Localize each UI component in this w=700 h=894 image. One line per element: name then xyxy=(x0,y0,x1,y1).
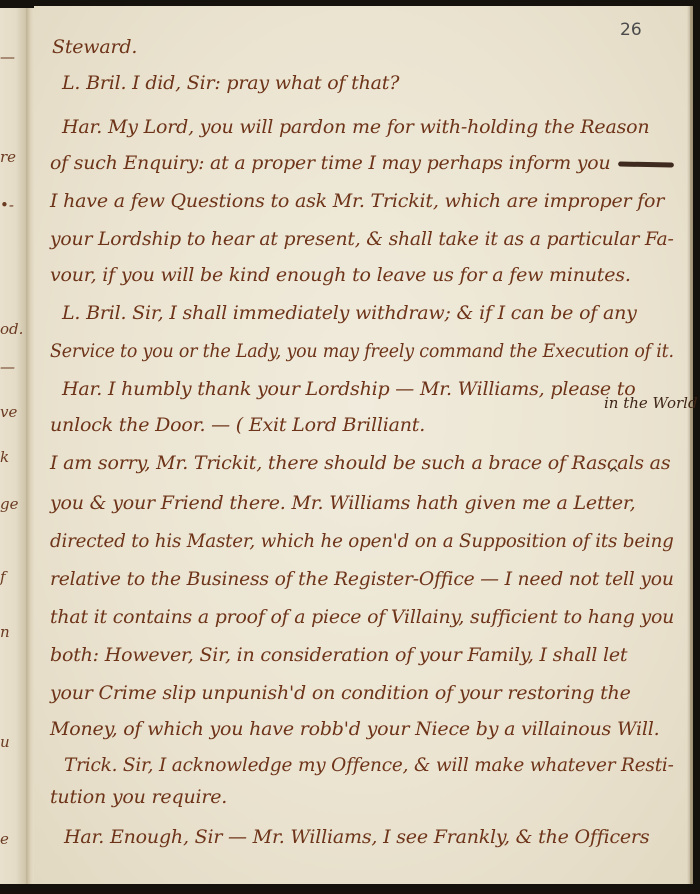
text-line: Service to you or the Lady, you may free… xyxy=(50,340,674,362)
page-number: 26 xyxy=(620,20,642,40)
manuscript-scan: — re •- od. — ve k ge f n u e 26 Steward… xyxy=(0,0,700,894)
text-line: Trick. Sir, I acknowledge my Offence, & … xyxy=(64,754,674,776)
interlinear-insertion: in the World xyxy=(604,394,698,412)
text-line: of such Enquiry: at a proper time I may … xyxy=(50,152,674,174)
text-line: Money, of which you have robb'd your Nie… xyxy=(50,718,659,740)
insertion-caret: ^ xyxy=(608,466,620,482)
text-line: L. Bril. Sir, I shall immediately withdr… xyxy=(62,302,637,324)
text-line: I am sorry, Mr. Trickit, there should be… xyxy=(50,452,670,474)
text-line: your Lordship to hear at present, & shal… xyxy=(50,228,674,250)
text-line: Har. My Lord, you will pardon me for wit… xyxy=(62,116,649,138)
facing-page-edge: — re •- od. — ve k ge f n u e xyxy=(0,8,28,884)
facing-fragment: n xyxy=(0,623,10,641)
facing-fragment: u xyxy=(0,733,10,751)
text-line: relative to the Business of the Register… xyxy=(50,568,674,590)
text-line: Har. I humbly thank your Lordship — Mr. … xyxy=(62,378,635,400)
facing-fragment: ge xyxy=(0,495,18,513)
text-line: that it contains a proof of a piece of V… xyxy=(50,606,674,628)
facing-fragment: — xyxy=(0,48,15,66)
facing-fragment: e xyxy=(0,830,9,848)
text-line: vour, if you will be kind enough to leav… xyxy=(50,264,631,286)
text-line: unlock the Door. — ( Exit Lord Brilliant… xyxy=(50,414,425,436)
line-text: of such Enquiry: at a proper time I may … xyxy=(50,152,610,174)
facing-fragment: f xyxy=(0,568,6,586)
struck-out-text xyxy=(618,161,674,167)
facing-fragment: od. xyxy=(0,320,23,338)
manuscript-page: 26 Steward. L. Bril. I did, Sir: pray wh… xyxy=(34,6,693,884)
facing-fragment: k xyxy=(0,448,9,466)
text-line: both: However, Sir, in consideration of … xyxy=(50,644,627,666)
text-line: Steward. xyxy=(52,36,137,58)
text-line: you & your Friend there. Mr. Williams ha… xyxy=(50,492,636,514)
text-line: tution you require. xyxy=(50,786,227,808)
text-line: I have a few Questions to ask Mr. Tricki… xyxy=(50,190,664,212)
text-line: your Crime slip unpunish'd on condition … xyxy=(50,682,631,704)
text-line: L. Bril. I did, Sir: pray what of that? xyxy=(62,72,399,94)
text-line: Har. Enough, Sir — Mr. Williams, I see F… xyxy=(64,826,649,848)
facing-fragment: re xyxy=(0,148,16,166)
text-line: directed to his Master, which he open'd … xyxy=(50,530,674,552)
facing-fragment: — xyxy=(0,358,15,376)
facing-fragment: ve xyxy=(0,403,17,421)
facing-fragment: •- xyxy=(0,196,14,214)
